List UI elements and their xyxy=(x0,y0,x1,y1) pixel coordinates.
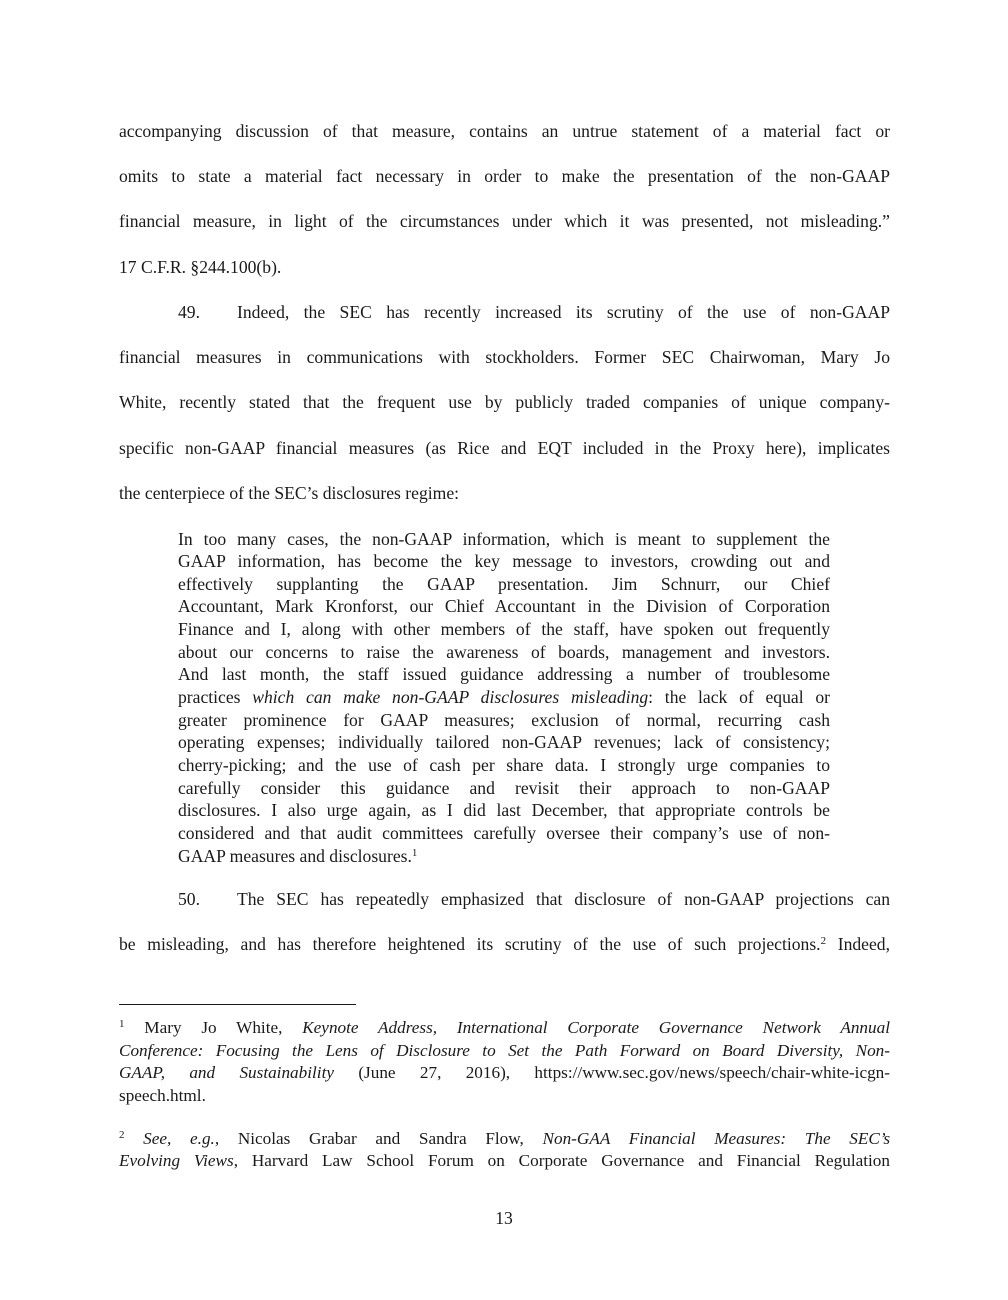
quote-line: considered and that audit committees car… xyxy=(178,822,830,844)
footnote-title: GAAP, and Sustainability xyxy=(119,1063,334,1082)
quote-line: Finance and I, along with other members … xyxy=(178,618,830,640)
page-number: 13 xyxy=(0,1208,1008,1229)
body-text: Indeed, xyxy=(826,934,890,954)
quote-text: practices xyxy=(178,687,252,707)
quote-line: effectively supplanting the GAAP present… xyxy=(178,573,830,595)
signal-text: See, e.g. xyxy=(125,1129,215,1148)
quote-text: : the lack of equal or xyxy=(648,687,830,707)
quote-line: cherry-picking; and the use of cash per … xyxy=(178,754,830,776)
body-line: the centerpiece of the SEC’s disclosures… xyxy=(119,482,890,504)
footnote-separator xyxy=(119,1004,356,1005)
body-text: be misleading, and has therefore heighte… xyxy=(119,934,821,954)
emphasis-text: which can make non-GAAP disclosures misl… xyxy=(252,687,648,707)
footnote-1: 1 Mary Jo White, Keynote Address, Intern… xyxy=(119,1017,890,1039)
footnote-1-line: speech.html. xyxy=(119,1085,890,1107)
quote-line: greater prominence for GAAP measures; ex… xyxy=(178,709,830,731)
citation-line: 17 C.F.R. §244.100(b). xyxy=(119,256,890,278)
footnote-reference-1[interactable]: 1 xyxy=(412,847,418,859)
paragraph-50-first-line: 50.The SEC has repeatedly emphasized tha… xyxy=(178,888,890,910)
body-line: financial measure, in light of the circu… xyxy=(119,210,890,232)
quote-line: Accountant, Mark Kronforst, our Chief Ac… xyxy=(178,595,830,617)
footnote-title: Conference: Focusing the Lens of Disclos… xyxy=(119,1041,890,1060)
footnote-text: , Harvard Law School Forum on Corporate … xyxy=(234,1151,890,1170)
footnote-2: 2 See, e.g., Nicolas Grabar and Sandra F… xyxy=(119,1128,890,1150)
footnote-2-line: Evolving Views, Harvard Law School Forum… xyxy=(119,1150,890,1172)
body-line: be misleading, and has therefore heighte… xyxy=(119,933,890,955)
quote-line: about our concerns to raise the awarenes… xyxy=(178,641,830,663)
document-page: accompanying discussion of that measure,… xyxy=(0,0,1008,1300)
body-line: specific non-GAAP financial measures (as… xyxy=(119,437,890,459)
quote-line: carefully consider this guidance and rev… xyxy=(178,777,830,799)
body-text: The SEC has repeatedly emphasized that d… xyxy=(237,889,890,909)
paragraph-49-first-line: 49.Indeed, the SEC has recently increase… xyxy=(178,301,890,323)
quote-line: And last month, the staff issued guidanc… xyxy=(178,663,830,685)
quote-line: In too many cases, the non-GAAP informat… xyxy=(178,528,830,550)
paragraph-number: 50. xyxy=(178,888,237,910)
body-line: omits to state a material fact necessary… xyxy=(119,165,890,187)
paragraph-number: 49. xyxy=(178,301,237,323)
footnote-1-line: Conference: Focusing the Lens of Disclos… xyxy=(119,1040,890,1062)
body-line: accompanying discussion of that measure,… xyxy=(119,120,890,142)
footnote-url[interactable]: (June 27, 2016), https://www.sec.gov/new… xyxy=(334,1063,890,1082)
quote-line: disclosures. I also urge again, as I did… xyxy=(178,799,830,821)
quote-line: GAAP information, has become the key mes… xyxy=(178,550,830,572)
body-line: financial measures in communications wit… xyxy=(119,346,890,368)
body-text: Indeed, the SEC has recently increased i… xyxy=(237,302,890,322)
footnote-text: Mary Jo White, xyxy=(125,1018,303,1037)
quote-line: GAAP measures and disclosures.1 xyxy=(178,845,830,867)
quote-text: GAAP measures and disclosures. xyxy=(178,846,412,866)
quote-line: practices which can make non-GAAP disclo… xyxy=(178,686,830,708)
footnote-title: Keynote Address, International Corporate… xyxy=(302,1018,890,1037)
footnote-title: Evolving Views xyxy=(119,1151,234,1170)
footnote-title: Non-GAA Financial Measures: The SEC’s xyxy=(543,1129,890,1148)
body-line: White, recently stated that the frequent… xyxy=(119,391,890,413)
quote-line: operating expenses; individually tailore… xyxy=(178,731,830,753)
footnote-1-line: GAAP, and Sustainability (June 27, 2016)… xyxy=(119,1062,890,1084)
footnote-text: , Nicolas Grabar and Sandra Flow, xyxy=(215,1129,543,1148)
